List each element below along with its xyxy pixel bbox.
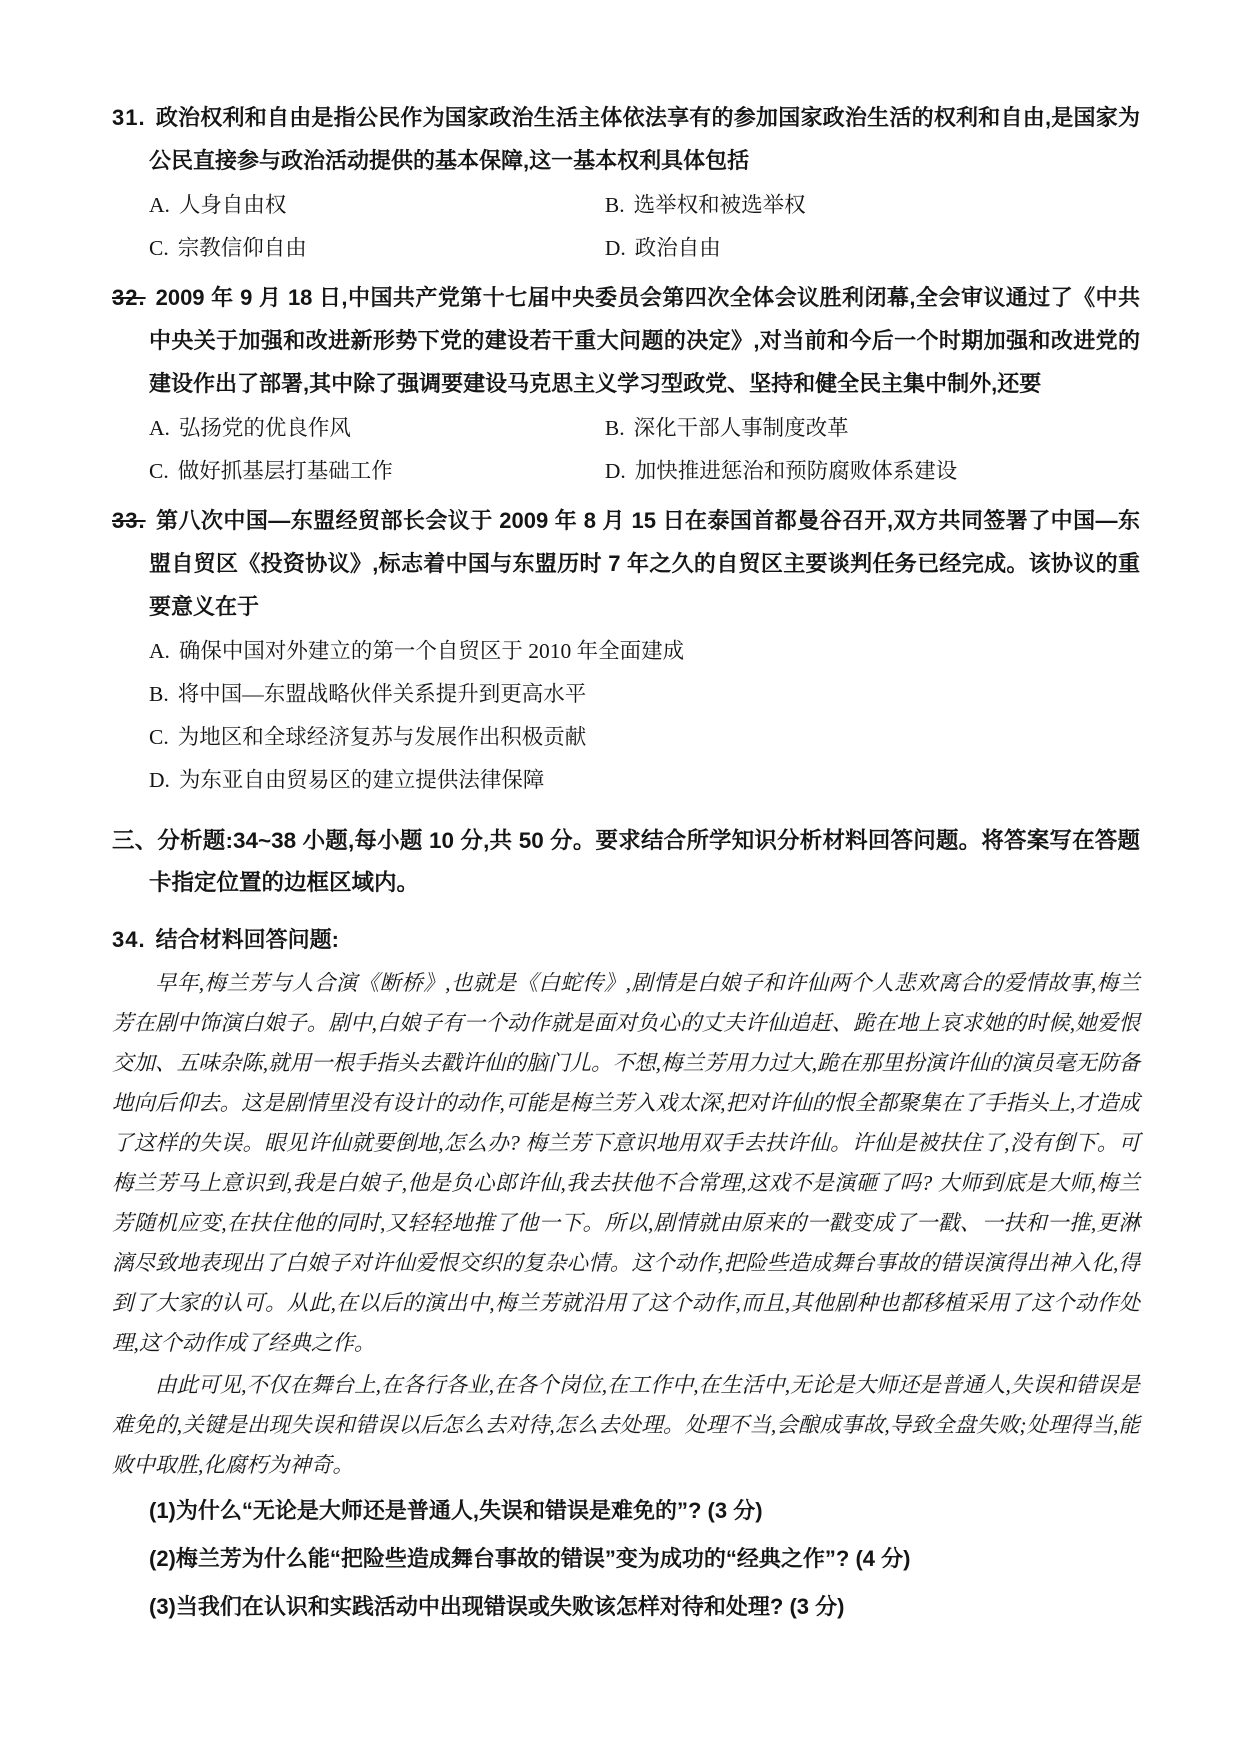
section-3-header: 三、分析题:34~38 小题,每小题 10 分,共 50 分。要求结合所学知识分… xyxy=(112,820,1140,904)
question-32-option-a: A.弘扬党的优良作风 xyxy=(149,407,605,450)
question-34-subquestion-3: (3)当我们在认识和实践活动中出现错误或失败该怎样对待和处理? (3 分) xyxy=(112,1584,1140,1629)
question-32-option-b: B.深化干部人事制度改革 xyxy=(605,407,1140,450)
question-34-title-text: 结合材料回答问题: xyxy=(156,927,339,952)
question-32-stem-text: 2009 年 9 月 18 日,中国共产党第十七届中央委员会第四次全体会议胜利闭… xyxy=(149,285,1140,396)
question-33-number: 33. xyxy=(112,508,146,533)
question-33-option-d: D.为东亚自由贸易区的建立提供法律保障 xyxy=(149,759,1140,802)
question-34-title: 34.结合材料回答问题: xyxy=(112,918,1140,961)
exam-page: 31.政治权利和自由是指公民作为国家政治生活主体依法享有的参加国家政治生活的权利… xyxy=(0,0,1240,1754)
question-33: 33.第八次中国—东盟经贸部长会议于 2009 年 8 月 15 日在泰国首都曼… xyxy=(112,499,1140,802)
question-33-stem-text: 第八次中国—东盟经贸部长会议于 2009 年 8 月 15 日在泰国首都曼谷召开… xyxy=(149,508,1140,619)
question-34-subquestion-1: (1)为什么“无论是大师还是普通人,失误和错误是难免的”? (3 分) xyxy=(112,1488,1140,1533)
question-31: 31.政治权利和自由是指公民作为国家政治生活主体依法享有的参加国家政治生活的权利… xyxy=(112,96,1140,270)
question-34-material-paragraph-1: 早年,梅兰芳与人合演《断桥》,也就是《白蛇传》,剧情是白娘子和许仙两个人悲欢离合… xyxy=(112,963,1140,1363)
question-31-options: A.人身自由权 B.选举权和被选举权 C.宗教信仰自由 D.政治自由 xyxy=(112,184,1140,270)
question-31-stem: 31.政治权利和自由是指公民作为国家政治生活主体依法享有的参加国家政治生活的权利… xyxy=(112,96,1140,182)
question-32: 32.2009 年 9 月 18 日,中国共产党第十七届中央委员会第四次全体会议… xyxy=(112,276,1140,493)
question-31-option-b: B.选举权和被选举权 xyxy=(605,184,1140,227)
question-31-option-c: C.宗教信仰自由 xyxy=(149,227,605,270)
question-32-options: A.弘扬党的优良作风 B.深化干部人事制度改革 C.做好抓基层打基础工作 D.加… xyxy=(112,407,1140,493)
question-34-number: 34. xyxy=(112,927,146,952)
question-31-stem-text: 政治权利和自由是指公民作为国家政治生活主体依法享有的参加国家政治生活的权利和自由… xyxy=(149,105,1140,173)
question-33-option-b: B.将中国—东盟战略伙伴关系提升到更高水平 xyxy=(149,673,1140,716)
question-33-stem: 33.第八次中国—东盟经贸部长会议于 2009 年 8 月 15 日在泰国首都曼… xyxy=(112,499,1140,628)
question-34: 34.结合材料回答问题: 早年,梅兰芳与人合演《断桥》,也就是《白蛇传》,剧情是… xyxy=(112,918,1140,1629)
question-31-option-d: D.政治自由 xyxy=(605,227,1140,270)
section-3-text: 分析题:34~38 小题,每小题 10 分,共 50 分。要求结合所学知识分析材… xyxy=(149,828,1140,895)
question-31-option-a: A.人身自由权 xyxy=(149,184,605,227)
question-32-option-d: D.加快推进惩治和预防腐败体系建设 xyxy=(605,450,1140,493)
question-32-stem: 32.2009 年 9 月 18 日,中国共产党第十七届中央委员会第四次全体会议… xyxy=(112,276,1140,405)
question-34-material-paragraph-2: 由此可见,不仅在舞台上,在各行各业,在各个岗位,在工作中,在生活中,无论是大师还… xyxy=(112,1365,1140,1485)
question-32-number: 32. xyxy=(112,285,146,310)
question-32-option-c: C.做好抓基层打基础工作 xyxy=(149,450,605,493)
question-33-options: A.确保中国对外建立的第一个自贸区于 2010 年全面建成 B.将中国—东盟战略… xyxy=(112,630,1140,802)
question-31-number: 31. xyxy=(112,105,146,130)
section-3-label: 三、 xyxy=(112,828,157,853)
question-33-option-c: C.为地区和全球经济复苏与发展作出积极贡献 xyxy=(149,716,1140,759)
question-34-subquestion-2: (2)梅兰芳为什么能“把险些造成舞台事故的错误”变为成功的“经典之作”? (4 … xyxy=(112,1536,1140,1581)
question-33-option-a: A.确保中国对外建立的第一个自贸区于 2010 年全面建成 xyxy=(149,630,1140,673)
